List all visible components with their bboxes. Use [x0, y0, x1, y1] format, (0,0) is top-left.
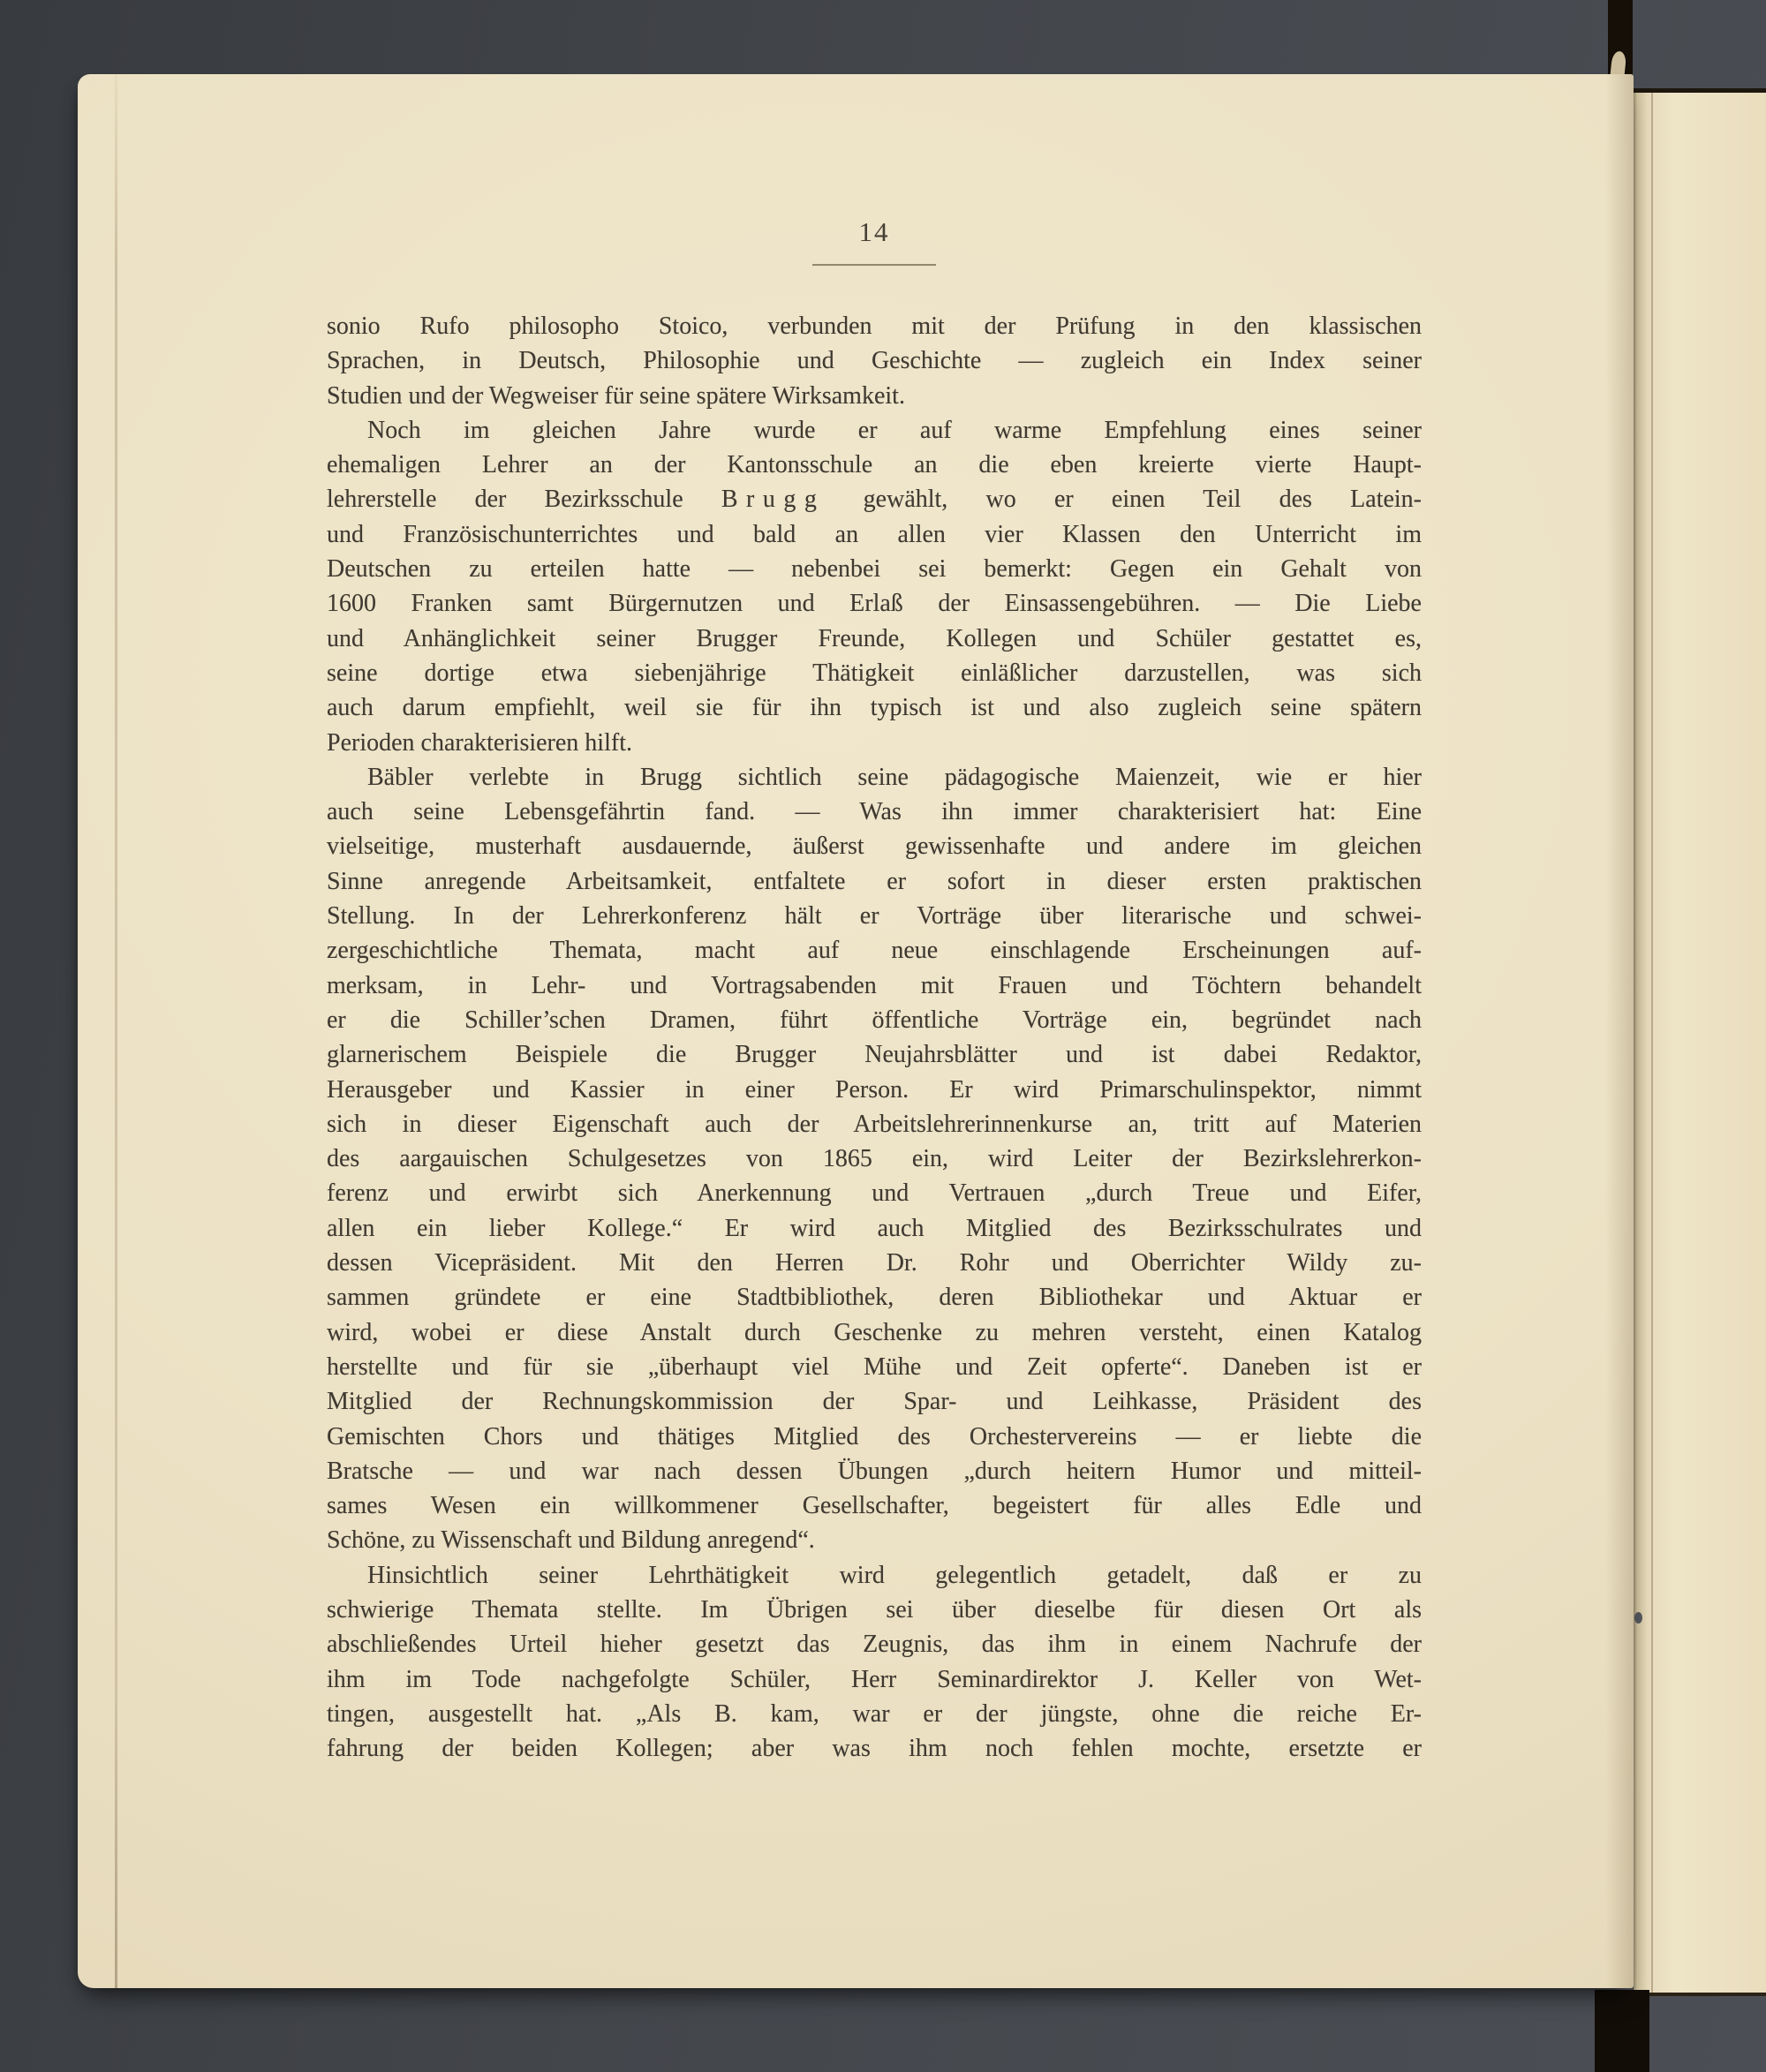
text-line: Studien und der Wegweiser für seine spät… [327, 379, 1422, 413]
text-line: schwierige Themata stellte. Im Übrigen s… [327, 1593, 1422, 1627]
text-line: herstellte und für sie „überhaupt viel M… [327, 1350, 1422, 1384]
text-line: fahrung der beiden Kollegen; aber was ih… [327, 1731, 1422, 1766]
page-number: 14 [327, 216, 1422, 248]
text-line: glarnerischem Beispiele die Brugger Neuj… [327, 1037, 1422, 1072]
text-line: Mitglied der Rechnungskommission der Spa… [327, 1384, 1422, 1419]
text-line: sames Wesen ein willkommener Gesellschaf… [327, 1488, 1422, 1523]
book-page: 14 sonio Rufo philosopho Stoico, verbund… [78, 74, 1634, 1988]
text-line: seine dortige etwa siebenjährige Thätigk… [327, 656, 1422, 690]
text-line: ihm im Tode nachgefolgte Schüler, Herr S… [327, 1662, 1422, 1697]
text-line: abschließendes Urteil hieher gesetzt das… [327, 1627, 1422, 1661]
text-line: Stellung. In der Lehrerkonferenz hält er… [327, 899, 1422, 933]
text-line: er die Schiller’schen Dramen, führt öffe… [327, 1003, 1422, 1037]
text-line: ferenz und erwirbt sich Anerkennung und … [327, 1176, 1422, 1210]
text-line: wird, wobei er diese Anstalt durch Gesch… [327, 1315, 1422, 1350]
text-line: Schöne, zu Wissenschaft und Bildung anre… [327, 1523, 1422, 1557]
text-line: Sinne anregende Arbeitsamkeit, entfaltet… [327, 864, 1422, 899]
text-line: allen ein lieber Kollege.“ Er wird auch … [327, 1211, 1422, 1246]
text-line: und Französischunterrichtes und bald an … [327, 517, 1422, 552]
text-line: merksam, in Lehr- und Vortragsabenden mi… [327, 968, 1422, 1003]
binding-gap-bottom [1595, 1990, 1649, 2072]
text-line: vielseitige, musterhaft ausdauernde, äuß… [327, 829, 1422, 863]
text-line: auch darum empfiehlt, weil sie für ihn t… [327, 690, 1422, 725]
letterspaced-word: Brugg [721, 486, 826, 513]
page-number-rule [812, 264, 936, 266]
text-line: Sprachen, in Deutsch, Philosophie und Ge… [327, 343, 1422, 378]
text-line: dessen Vicepräsident. Mit den Herren Dr.… [327, 1246, 1422, 1280]
text-line: Gemischten Chors und thätiges Mitglied d… [327, 1420, 1422, 1454]
text-line: Perioden charakterisieren hilft. [327, 726, 1422, 760]
text-line: Deutschen zu erteilen hatte — nebenbei s… [327, 552, 1422, 586]
text-line: lehrerstelle der Bezirksschule Brugg gew… [327, 482, 1422, 516]
text-line: Noch im gleichen Jahre wurde er auf warm… [327, 413, 1422, 448]
text-block: sonio Rufo philosopho Stoico, verbunden … [327, 309, 1422, 1766]
text-line: zergeschichtliche Themata, macht auf neu… [327, 933, 1422, 968]
text-line: Bratsche — und war nach dessen Übungen „… [327, 1454, 1422, 1488]
text-line: sich in dieser Eigenschaft auch der Arbe… [327, 1107, 1422, 1141]
text-line: des aargauischen Schulgesetzes von 1865 … [327, 1141, 1422, 1176]
text-line: und Anhänglichkeit seiner Brugger Freund… [327, 622, 1422, 656]
next-page-edge [1634, 88, 1766, 1996]
text-line: ehemaligen Lehrer an der Kantonsschule a… [327, 448, 1422, 482]
text-line: auch seine Lebensgefährtin fand. — Was i… [327, 795, 1422, 829]
text-line: Herausgeber und Kassier in einer Person.… [327, 1073, 1422, 1107]
photographed-book-spread: { "document": { "folio": "14", "language… [0, 0, 1766, 2072]
text-line: sonio Rufo philosopho Stoico, verbunden … [327, 309, 1422, 343]
text-line: tingen, ausgestellt hat. „Als B. kam, wa… [327, 1697, 1422, 1731]
ink-speck [1634, 1612, 1642, 1624]
text-line: Bäbler verlebte in Brugg sichtlich seine… [327, 760, 1422, 795]
text-line: Hinsichtlich seiner Lehrthätigkeit wird … [327, 1558, 1422, 1593]
text-line: sammen gründete er eine Stadtbibliothek,… [327, 1280, 1422, 1315]
text-line: 1600 Franken samt Bürgernutzen und Erlaß… [327, 586, 1422, 621]
